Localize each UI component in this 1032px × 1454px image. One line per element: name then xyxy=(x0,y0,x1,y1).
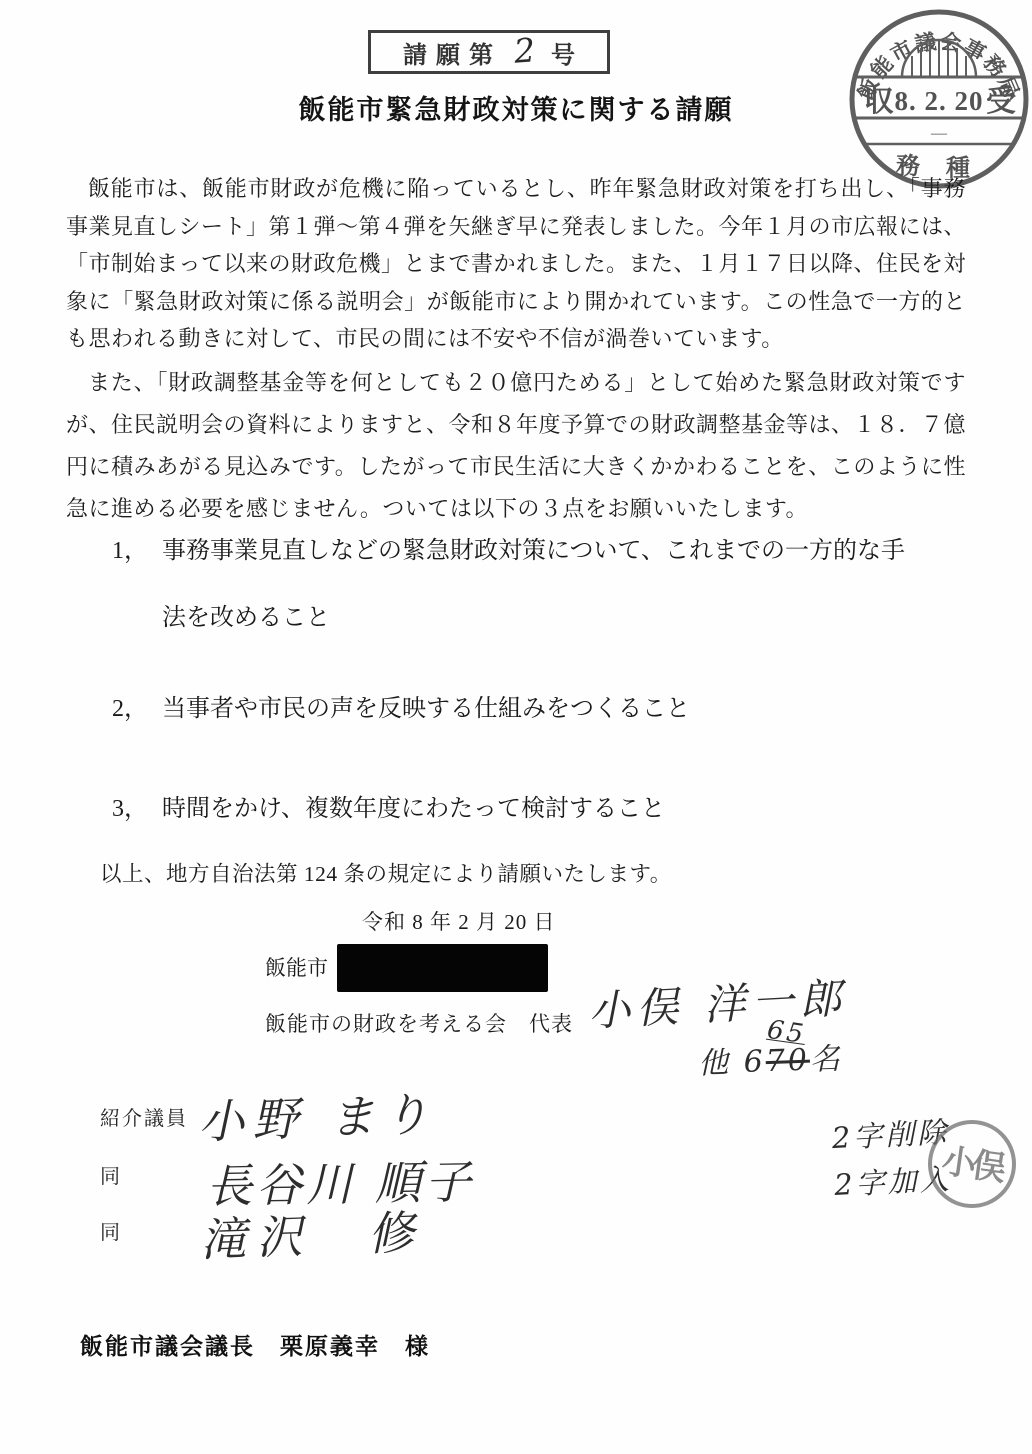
closing-statement: 以上、地方自治法第 124 条の規定により請願いたします。 xyxy=(100,857,672,888)
addressee-line: 飯能市議会議長 栗原義幸 様 xyxy=(80,1328,430,1361)
redaction-box xyxy=(337,944,548,992)
stamp-left-char: 収 xyxy=(864,85,894,118)
submitter-city-prefix: 飯能市 xyxy=(265,952,328,982)
request-2-text: 当事者や市民の声を反映する仕組みをつくること xyxy=(162,693,690,725)
request-2-number: 2， xyxy=(112,693,148,725)
document-date: 令和 8 年 2 月 20 日 xyxy=(362,906,556,936)
petition-number-box: 請願第 2 号 xyxy=(368,30,610,74)
introducer-label-1: 紹介議員 xyxy=(100,1102,188,1131)
personal-seal-text: 小俣 xyxy=(939,1141,1008,1190)
request-item-2: 2， 当事者や市民の声を反映する仕組みをつくること xyxy=(112,693,952,725)
request-item-1: 1， 事務事業見直しなどの緊急財政対策について、これまでの一方的な手 法を改める… xyxy=(112,518,952,652)
others-count-corrected-value: 65 xyxy=(765,1015,808,1050)
body-paragraph-1: 飯能市は、飯能市財政が危機に陥っているとし、昨年緊急財政対策を打ち出し、「事務事… xyxy=(66,170,966,358)
stamp-number-dash: ― xyxy=(930,125,948,142)
introducer-label-2: 同 xyxy=(100,1160,120,1189)
request-3-number: 3， xyxy=(112,793,148,825)
petition-number-label: 請願第 xyxy=(403,35,502,70)
petition-number-value: 2 xyxy=(513,30,537,70)
body-paragraph-2: また、「財政調整基金等を何としても２０億円ためる」として始めた緊急財政対策ですが… xyxy=(66,362,966,530)
receipt-stamp: 飯能市議会事務局 収 8. 2. 20 受 ― 務 種 xyxy=(846,6,1032,192)
introducer-signature-1: 小野 まり xyxy=(197,1078,438,1152)
introducer-label-3: 同 xyxy=(100,1216,120,1245)
others-count-prefix: 他 6 xyxy=(698,1044,767,1081)
request-item-3: 3， 時間をかけ、複数年度にわたって検討すること xyxy=(112,793,952,825)
others-count-suffix: 名 xyxy=(809,1041,843,1077)
stamp-right-char: 受 xyxy=(986,85,1016,118)
submitter-organization: 飯能市の財政を考える会 代表 xyxy=(265,1008,573,1038)
representative-signature: 小俣 洋一郎 xyxy=(587,965,849,1038)
petition-number-suffix: 号 xyxy=(551,35,575,70)
introducer-signature-3: 滝沢 修 xyxy=(199,1196,425,1270)
request-1-number: 1， xyxy=(112,518,148,652)
request-3-text: 時間をかけ、複数年度にわたって検討すること xyxy=(162,793,665,825)
others-count-correction: 7065 xyxy=(765,1043,810,1080)
personal-seal-stamp: 小俣 xyxy=(926,1118,1018,1210)
petition-document-page: 請願第 2 号 飯能市緊急財政対策に関する請願 飯能市議会事務局 収 8. 2.… xyxy=(0,0,1032,1454)
others-count-note: 他 67065名 xyxy=(697,1033,843,1082)
stamp-date: 8. 2. 20 xyxy=(895,86,984,116)
request-1-text: 事務事業見直しなどの緊急財政対策について、これまでの一方的な手 法を改めること xyxy=(162,518,905,652)
